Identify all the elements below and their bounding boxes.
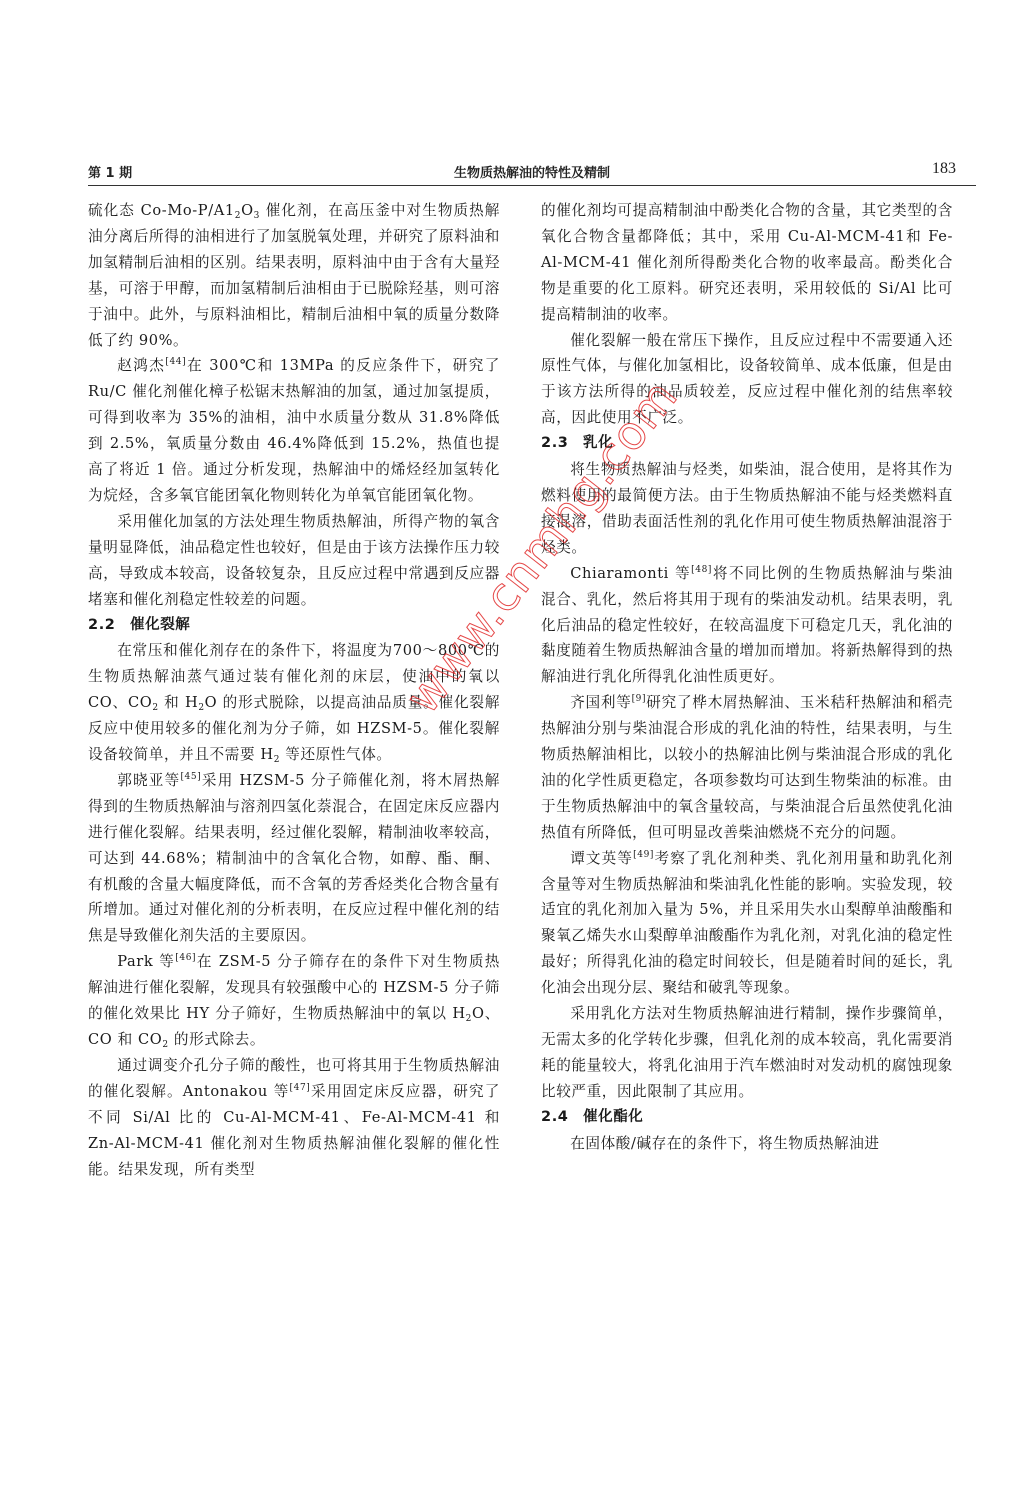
section-title: 乳化 — [583, 435, 613, 451]
page-number: 183 — [932, 160, 956, 178]
author-name: 谭文英等 — [570, 850, 633, 867]
header-rule — [88, 185, 976, 186]
author-name: 赵鸿杰 — [117, 357, 165, 374]
citation-ref: [46] — [175, 953, 196, 963]
running-header: 第 1 期 生物质热解油的特性及精制 183 — [88, 160, 976, 184]
paragraph: 采用催化加氢的方法处理生物质热解油，所得产物的氧含量明显降低，油品稳定性也较好，… — [88, 509, 500, 613]
paragraph: 催化裂解一般在常压下操作，且反应过程中不需要通入还原性气体，与催化加氢相比，设备… — [541, 328, 953, 432]
citation-ref: [9] — [632, 694, 647, 704]
text-run: 等还原性气体。 — [280, 746, 392, 763]
citation-ref: [47] — [290, 1083, 311, 1093]
section-heading: 2.3乳化 — [541, 431, 953, 457]
section-heading: 2.4催化酯化 — [541, 1105, 953, 1131]
text-run: O — [241, 202, 254, 219]
paragraph: 通过调变介孔分子筛的酸性，也可将其用于生物质热解油的催化裂解。Antonakou… — [88, 1053, 500, 1183]
paragraph: 采用乳化方法对生物质热解油进行精制，操作步骤简单，无需太多的化学转化步骤，但乳化… — [541, 1001, 953, 1105]
paragraph: 在常压和催化剂存在的条件下，将温度为700～800℃的生物质热解油蒸气通过装有催… — [88, 638, 500, 768]
section-title: 催化酯化 — [583, 1109, 643, 1125]
section-heading: 2.2催化裂解 — [88, 613, 500, 639]
text-run: 在 300℃和 13MPa 的反应条件下，研究了 Ru/C 催化剂催化樟子松锯末… — [88, 357, 500, 504]
paragraph: 的催化剂均可提高精制油中酚类化合物的含量，其它类型的含氧化合物含量都降低；其中，… — [541, 198, 953, 328]
paragraph: 齐国利等[9]研究了桦木屑热解油、玉米秸秆热解油和稻壳热解油分别与柴油混合形成的… — [541, 690, 953, 845]
citation-ref: [44] — [165, 357, 186, 367]
right-column: 的催化剂均可提高精制油中酚类化合物的含量，其它类型的含氧化合物含量都降低；其中，… — [541, 198, 953, 1157]
paragraph: 郭晓亚等[45]采用 HZSM-5 分子筛催化剂，将木屑热解得到的生物质热解油与… — [88, 768, 500, 949]
journal-page: 第 1 期 生物质热解油的特性及精制 183 硫化态 Co-Mo-P/A12O3… — [0, 0, 1034, 1490]
text-run: 的形式除去。 — [169, 1031, 265, 1048]
running-title: 生物质热解油的特性及精制 — [88, 162, 976, 181]
left-column: 硫化态 Co-Mo-P/A12O3 催化剂，在高压釜中对生物质热解油分离后所得的… — [88, 198, 500, 1182]
paragraph: 在固体酸/碱存在的条件下，将生物质热解油进 — [541, 1131, 953, 1157]
citation-ref: [45] — [180, 772, 201, 782]
section-number: 2.2 — [88, 613, 130, 639]
author-name: Park 等 — [117, 953, 175, 970]
text-run: 催化剂，在高压釜中对生物质热解油分离后所得的油相进行了加氢脱氧处理，并研究了原料… — [88, 202, 500, 349]
text-run: 考察了乳化剂种类、乳化剂用量和助乳化剂含量等对生物质热解油和柴油乳化性能的影响。… — [541, 850, 953, 997]
paragraph: 赵鸿杰[44]在 300℃和 13MPa 的反应条件下，研究了 Ru/C 催化剂… — [88, 353, 500, 508]
citation-ref: [49] — [633, 850, 654, 860]
paragraph: 将生物质热解油与烃类，如柴油，混合使用，是将其作为燃料使用的最简便方法。由于生物… — [541, 457, 953, 561]
paragraph: Chiaramonti 等[48]将不同比例的生物质热解油与柴油混合、乳化，然后… — [541, 561, 953, 691]
paragraph: Park 等[46]在 ZSM-5 分子筛存在的条件下对生物质热解油进行催化裂解… — [88, 949, 500, 1053]
paragraph: 谭文英等[49]考察了乳化剂种类、乳化剂用量和助乳化剂含量等对生物质热解油和柴油… — [541, 846, 953, 1001]
author-name: Chiaramonti 等 — [570, 565, 691, 582]
author-name: 郭晓亚等 — [117, 772, 180, 789]
section-number: 2.4 — [541, 1105, 583, 1131]
text-run: 采用 HZSM-5 分子筛催化剂，将木屑热解得到的生物质热解油与溶剂四氢化萘混合… — [88, 772, 500, 944]
text-run: 将不同比例的生物质热解油与柴油混合、乳化，然后将其用于现有的柴油发动机。结果表明… — [541, 565, 953, 686]
text-run: 研究了桦木屑热解油、玉米秸秆热解油和稻壳热解油分别与柴油混合形成的乳化油的特性，… — [541, 694, 953, 841]
text-run: 和 H — [159, 694, 199, 711]
text-run: 硫化态 Co-Mo-P/A1 — [88, 202, 235, 219]
section-title: 催化裂解 — [130, 617, 190, 633]
paragraph: 硫化态 Co-Mo-P/A12O3 催化剂，在高压釜中对生物质热解油分离后所得的… — [88, 198, 500, 353]
citation-ref: [48] — [691, 565, 712, 575]
section-number: 2.3 — [541, 431, 583, 457]
author-name: 齐国利等 — [570, 694, 631, 711]
